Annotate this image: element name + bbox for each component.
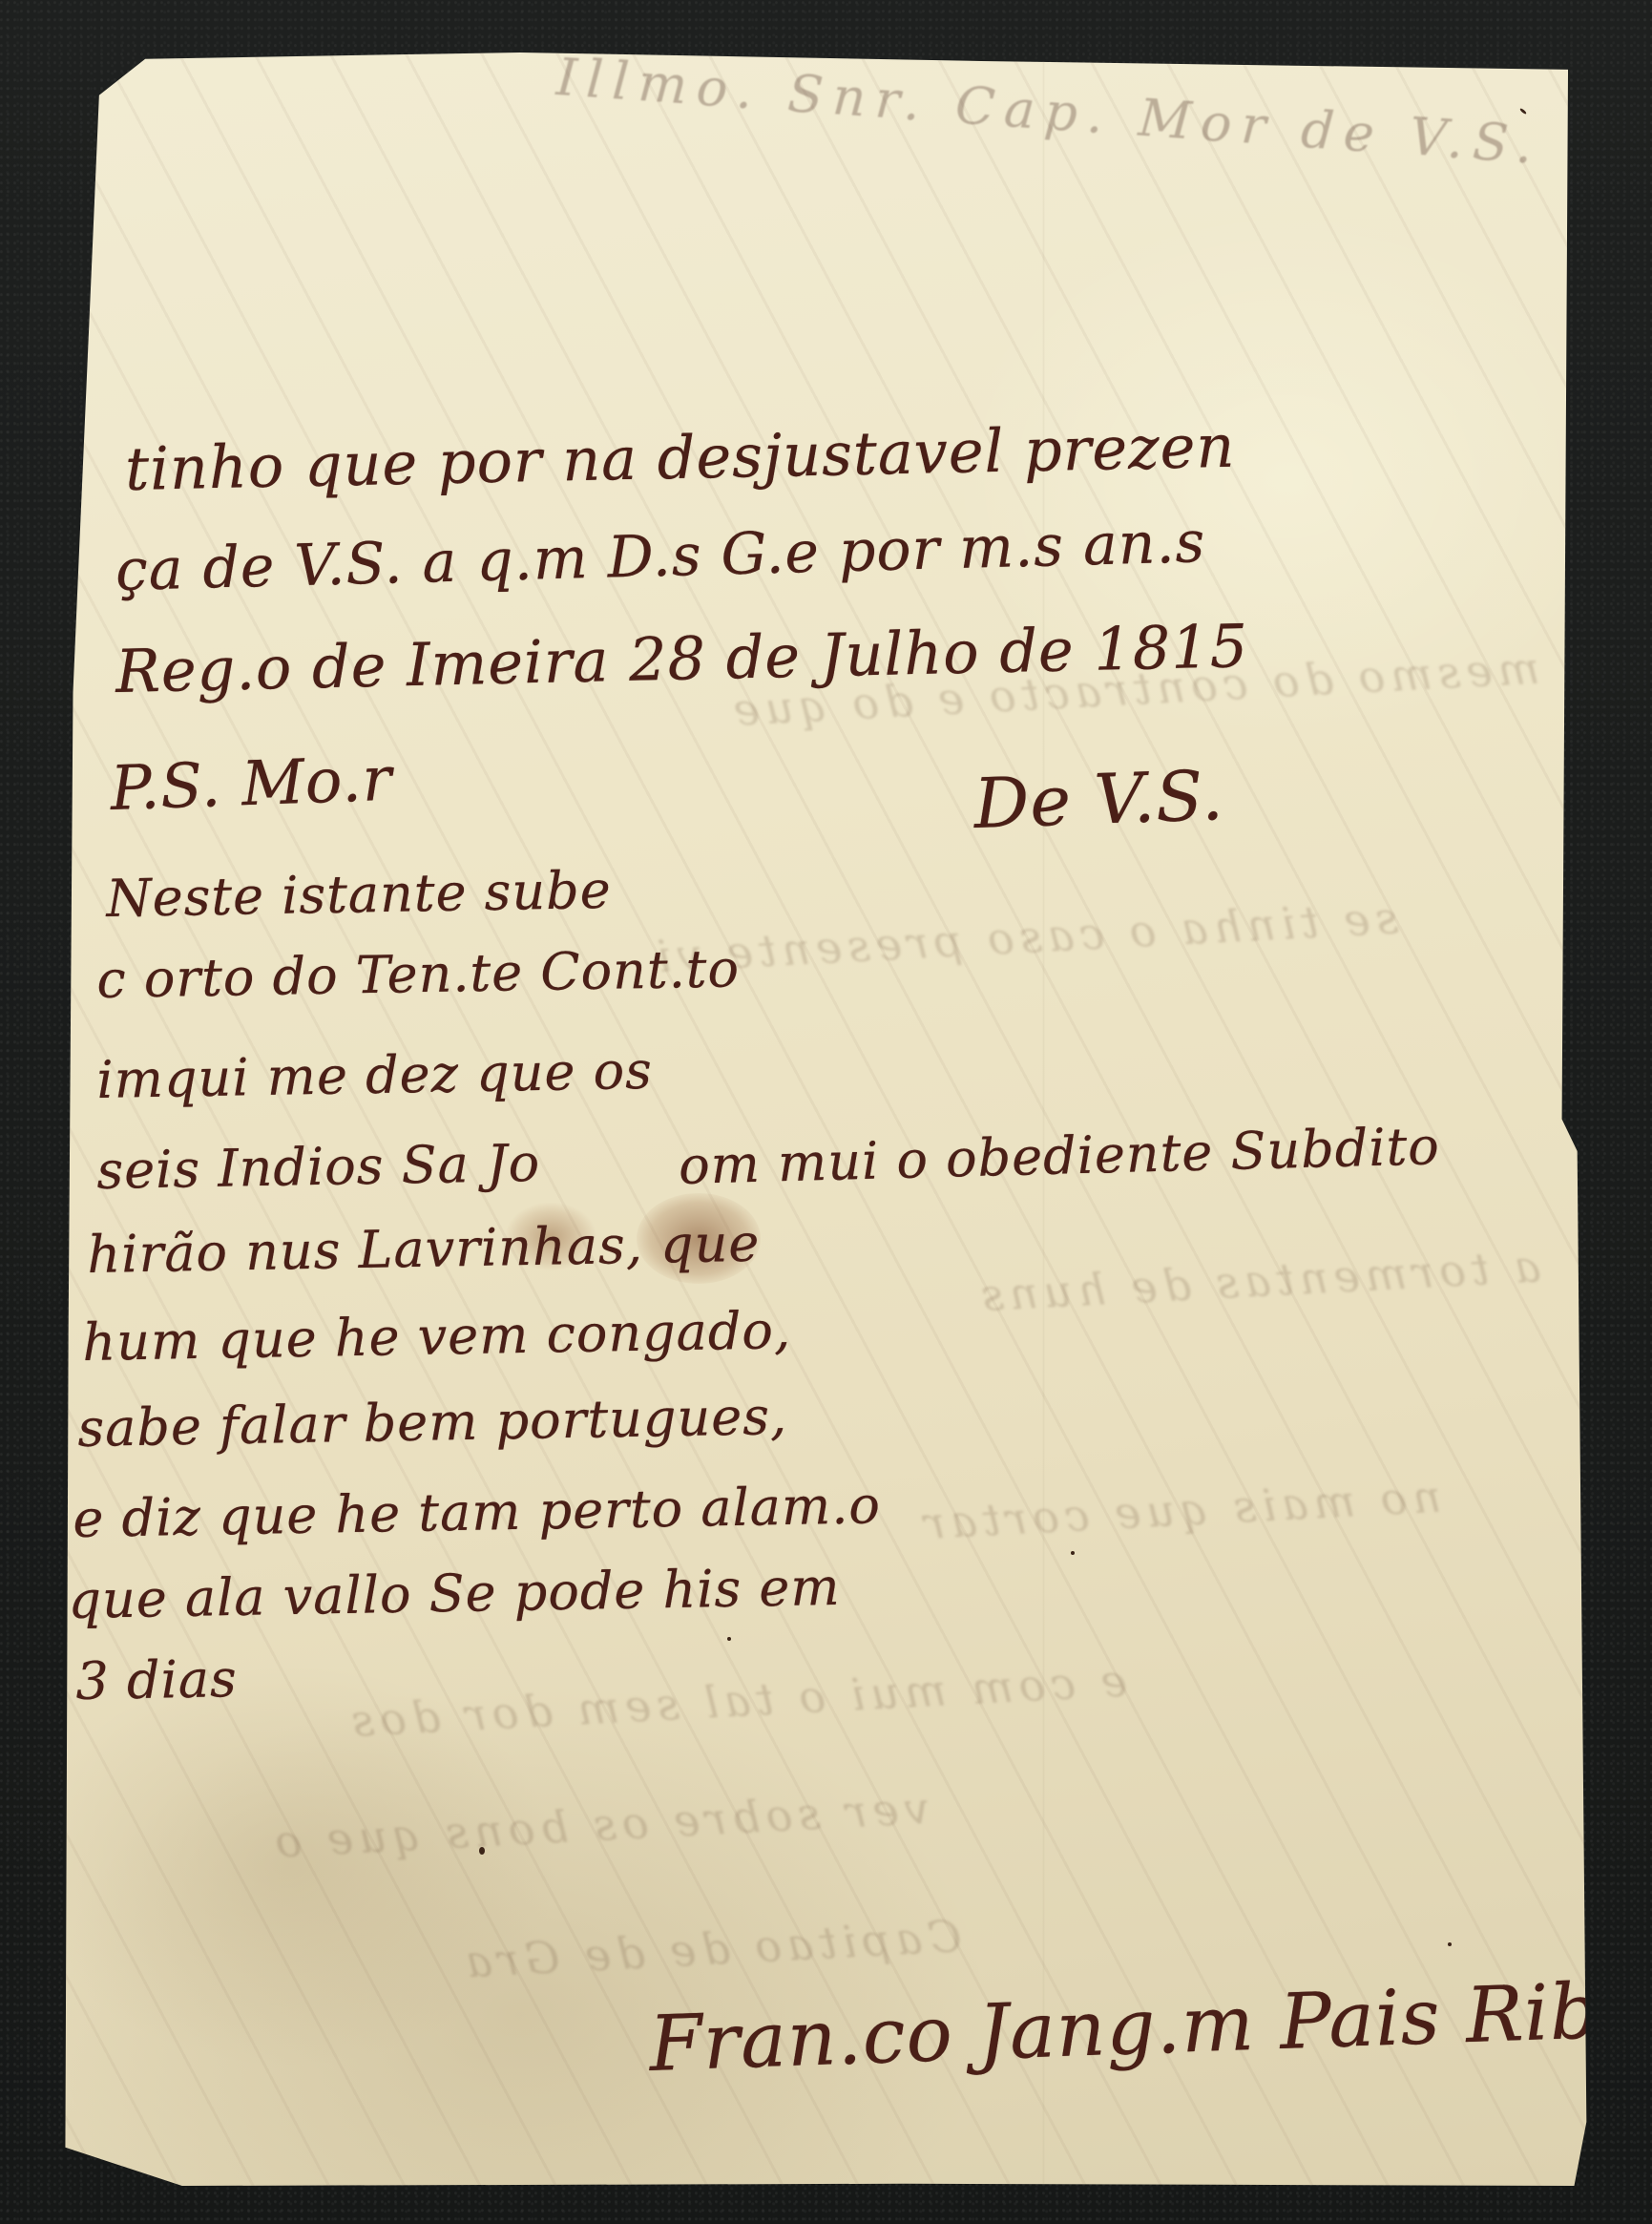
bleed-through-text: no mais que cortar [917,1471,1442,1550]
postscript-line-4: seis Indios Sa Jo [96,1133,541,1201]
speck [479,1847,485,1855]
postscript-line-7: sabe falar bem portugues, [77,1386,788,1458]
bleed-through-text: a tormentas de huns [974,1241,1542,1322]
postscript-line-1: Neste istante sube [106,860,612,929]
postscript-line-9: que ala vallo Se pode his em [68,1557,841,1630]
postscript-line-10: 3 dias [75,1648,238,1711]
postscript-margin-line: om mui o obediente Subdito [678,1116,1440,1196]
postscript-line-2: c orto do Ten.te Cont.to [96,938,741,1010]
manuscript-page: mesmo do contracto e do que se tinha o c… [59,52,1596,2186]
speck [727,1637,731,1641]
postscript-line-8: e diz que he tam perto alam.o [73,1475,881,1549]
closing: De V.S. [972,755,1225,844]
body-line-1: tinho que por na desjustavel prezen [124,411,1236,504]
bleed-through-text: se tinha o caso presente vi [650,892,1399,983]
postscript-line-6: hum que he vem congado, [82,1300,792,1373]
bleed-through-text: Capitao de de Gra [459,1910,963,1987]
paper-fold [1042,52,1045,2186]
speck [1448,1942,1452,1946]
bleed-through-text: e com mui o tal sem dor dos [345,1655,1128,1748]
postscript-line-5: hirão nus Lavrinhas, que [87,1213,761,1285]
speck [1071,1551,1075,1555]
bleed-through-text: ver sobre os bons que o [268,1782,931,1868]
salutation: P.S. Mo.r [109,745,393,825]
postscript-line-3: imqui me dez que os [96,1040,653,1110]
signature: Fran.co Jang.m Pais Ribro [648,1963,1652,2088]
